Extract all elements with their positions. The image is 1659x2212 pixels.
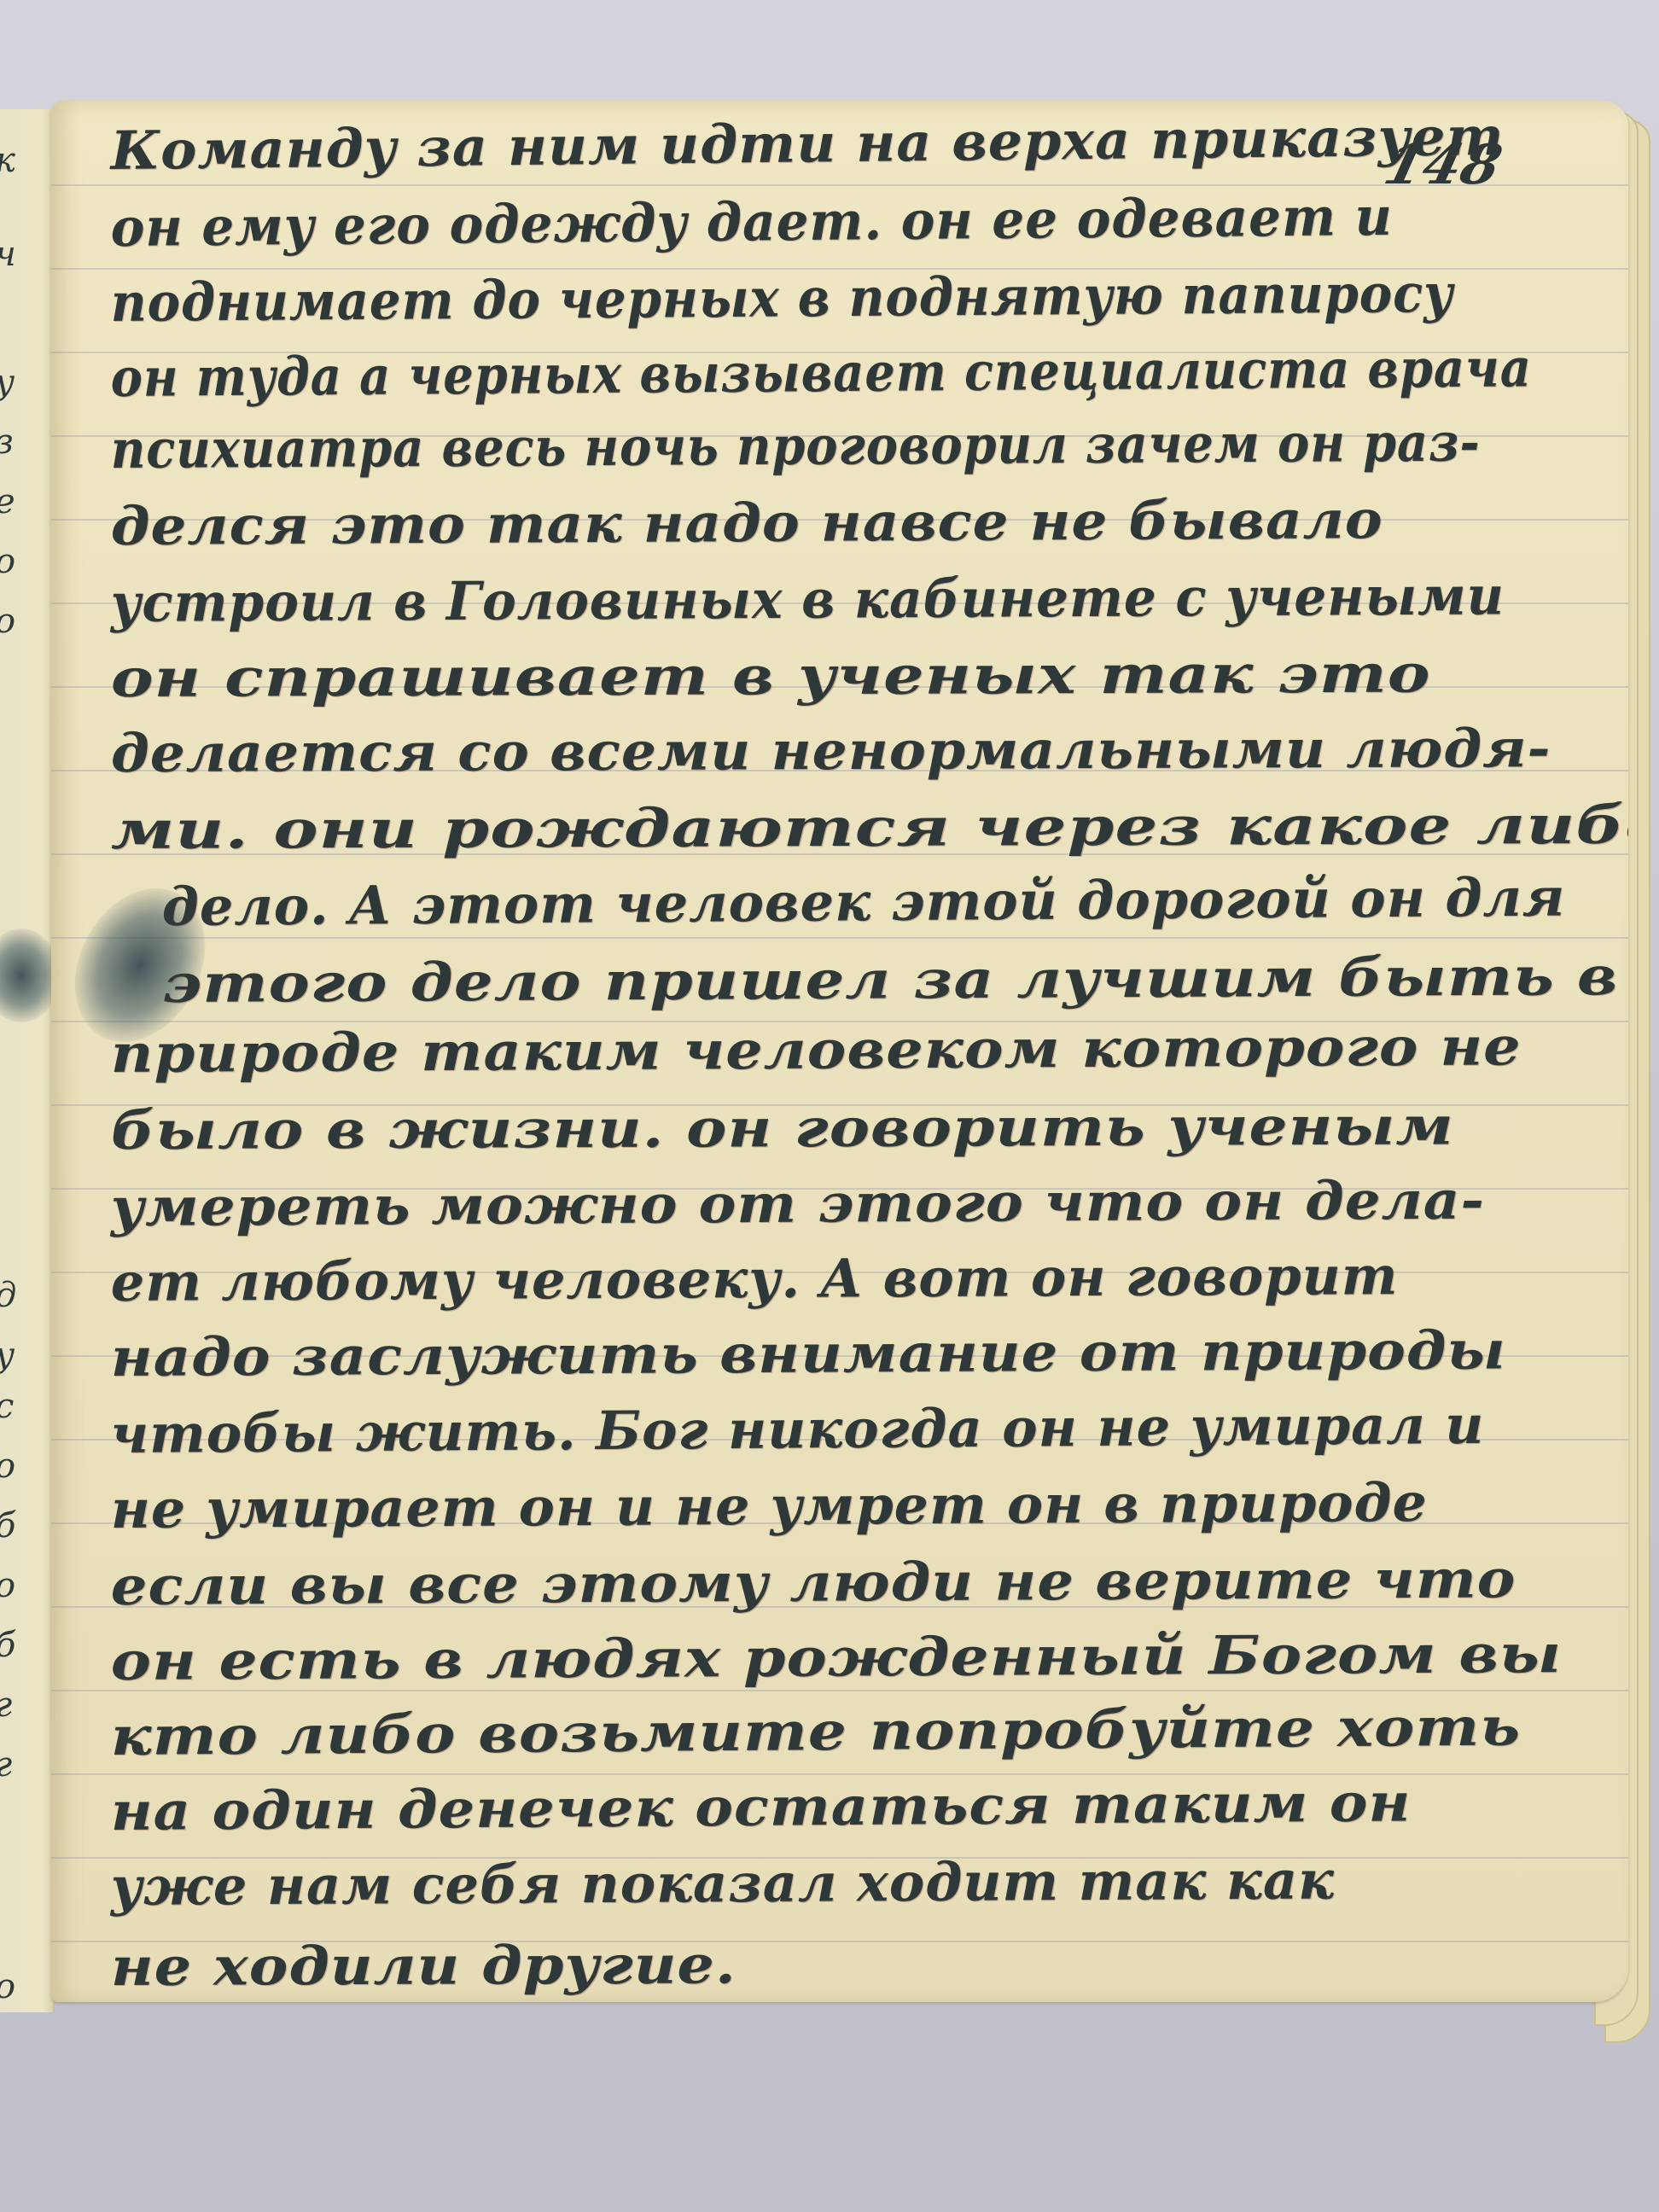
left-page-fragment: е <box>0 485 15 519</box>
text-line-8: он спрашивает в ученых так это <box>111 643 1431 709</box>
text-line-20: если вы все этому люди не верите что <box>111 1547 1516 1617</box>
text-line-22: кто либо возьмите попробуйте хоть <box>110 1695 1521 1767</box>
left-page-fragment: о <box>0 544 15 579</box>
left-page-fragment: з <box>0 425 14 459</box>
text-line-24: уже нам себя показал ходит так как <box>111 1848 1336 1918</box>
left-page-fragment: у <box>0 365 15 399</box>
text-line-10: ми. они рождаются через какое либо <box>111 794 1628 861</box>
left-page-fragment: о <box>0 1569 15 1603</box>
left-page-fragment: у <box>0 1338 15 1372</box>
text-line-13: природе таким человеком которого не <box>111 1015 1522 1085</box>
ink-blot <box>0 928 55 1022</box>
left-page-fragment: о <box>0 604 15 638</box>
text-line-5: психиатра весь ночь проговорил зачем он … <box>111 411 1481 480</box>
notebook-page: 148 Команду за ним идти на верха приказу… <box>51 101 1628 2002</box>
handwritten-text: Команду за ним идти на верха приказует о… <box>111 101 1551 2002</box>
text-line-6: делся это так надо навсе не бывало <box>111 488 1383 557</box>
text-line-15: умереть можно от этого что он дела- <box>111 1169 1485 1238</box>
left-page-fragment: б <box>0 1628 15 1662</box>
left-page-fragment: д <box>0 1278 16 1313</box>
text-line-3: поднимает до черных в поднятую папиросу <box>110 262 1453 334</box>
text-line-21: он есть в людях рожденный Богом вы <box>111 1622 1563 1692</box>
left-page-fragment: г <box>0 1688 12 1722</box>
left-page-fragment: о <box>0 1970 15 2004</box>
left-page-fragment: г <box>0 1748 12 1782</box>
text-line-7: устроил в Головиных в кабинете с учеными <box>111 564 1505 634</box>
left-page-fragment: с <box>0 1389 14 1423</box>
text-line-17: надо заслужить внимание от природы <box>111 1318 1506 1388</box>
text-line-16: ет любому человеку. А вот он говорит <box>111 1244 1399 1313</box>
text-line-2: он ему его одежду дает. он ее одевает и <box>110 185 1393 259</box>
previous-page-edge: к ч у з е о о д у с о б о б г г о <box>0 109 55 2012</box>
text-line-1: Команду за ним идти на верха приказует <box>110 105 1505 182</box>
text-line-19: не умирает он и не умрет он в природе <box>111 1471 1428 1540</box>
text-line-11: дело. А этот человек этой дорогой он для <box>161 866 1565 938</box>
left-page-fragment: о <box>0 1449 15 1483</box>
text-line-18: чтобы жить. Бог никогда он не умирал и <box>110 1394 1484 1465</box>
left-page-fragment: б <box>0 1509 15 1543</box>
text-line-9: делается со всеми ненормальными людя- <box>111 717 1551 784</box>
left-page-fragment: ч <box>0 237 16 271</box>
left-page-fragment: к <box>0 143 15 178</box>
text-line-4: он туда а черных вызывает специалиста вр… <box>110 336 1531 409</box>
text-line-12: этого дело пришел за лучшим быть в <box>162 945 1619 1015</box>
text-line-14: было в жизни. он говорить ученым <box>111 1095 1454 1161</box>
text-line-25: не ходили другие. <box>111 1933 736 1998</box>
text-line-23: на один денечек остаться таким он <box>110 1771 1411 1842</box>
